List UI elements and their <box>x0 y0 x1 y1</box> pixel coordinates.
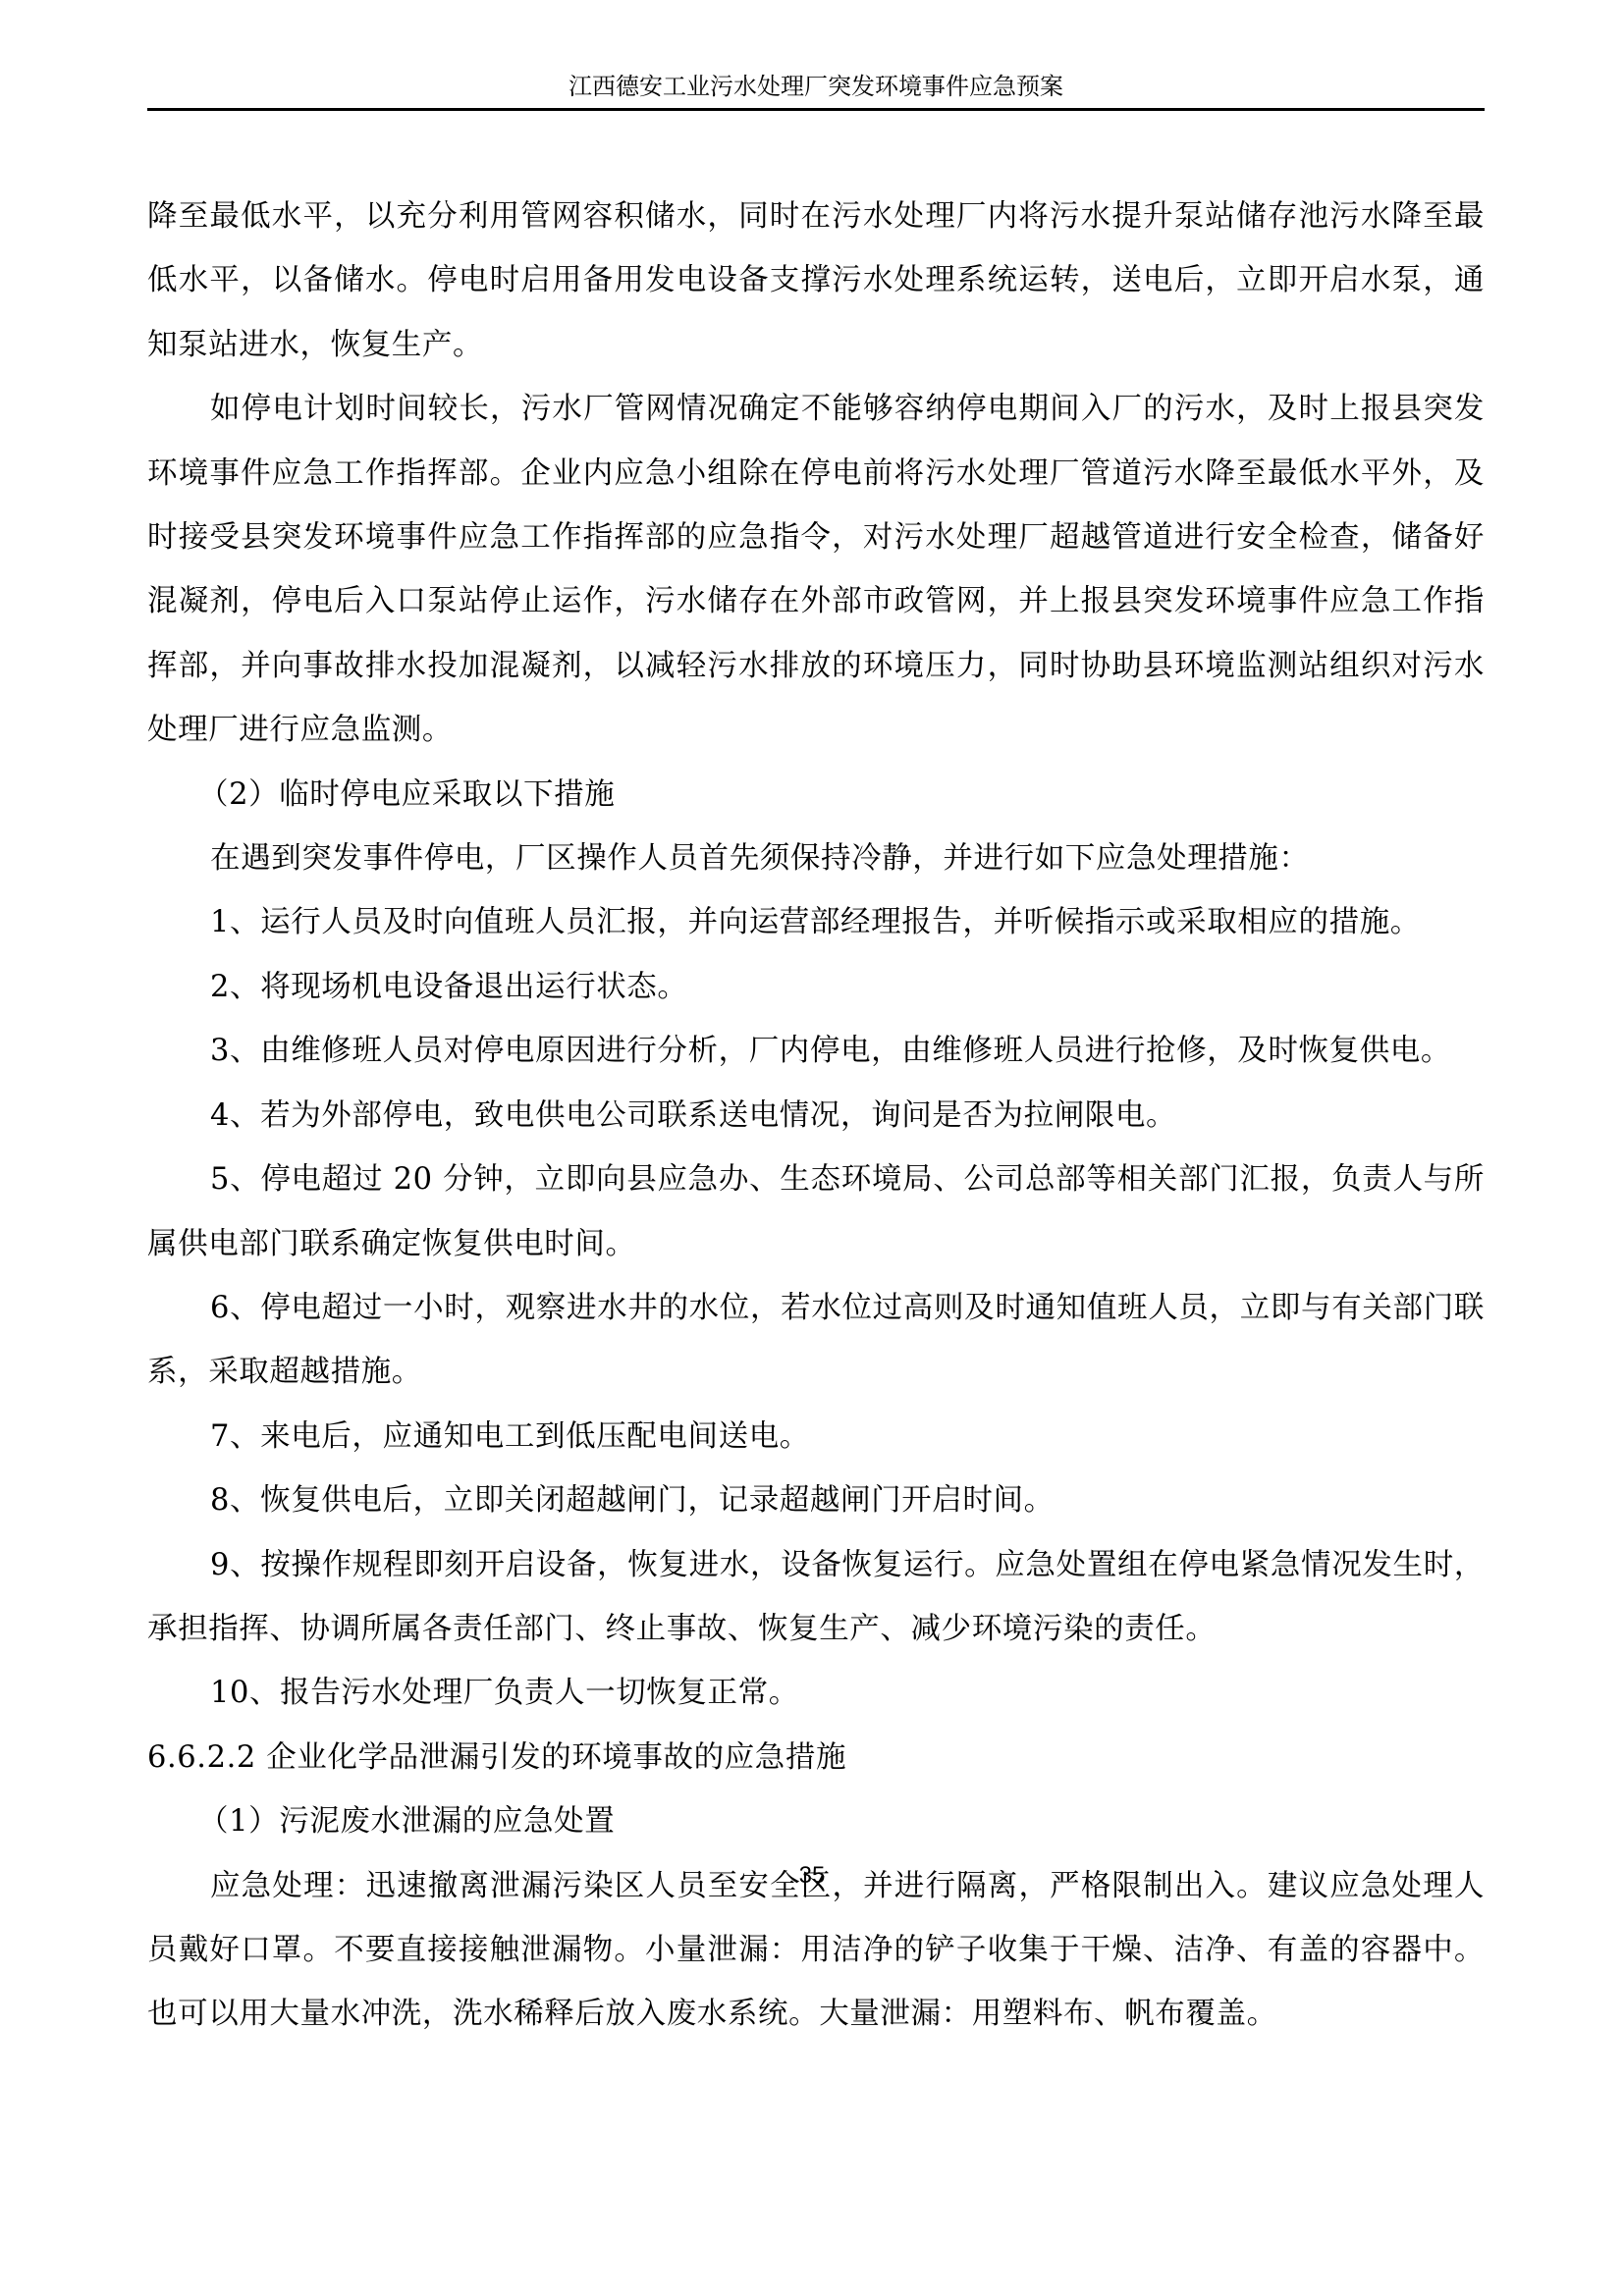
list-item-3: 3、由维修班人员对停电原因进行分析，厂内停电，由维修班人员进行抢修，及时恢复供电… <box>147 1019 1485 1083</box>
list-item-6: 6、停电超过一小时，观察进水井的水位，若水位过高则及时通知值班人员，立即与有关部… <box>147 1276 1485 1405</box>
list-item-8: 8、恢复供电后，立即关闭超越闸门，记录超越闸门开启时间。 <box>147 1468 1485 1532</box>
list-item-10: 10、报告污水处理厂负责人一切恢复正常。 <box>147 1661 1485 1725</box>
paragraph-continuation: 降至最低水平，以充分利用管网容积储水，同时在污水处理厂内将污水提升泵站储存池污水… <box>147 185 1485 377</box>
running-header: 江西德安工业污水处理厂突发环境事件应急预案 <box>147 71 1485 102</box>
subheading-sludge-leak: （1）污泥废水泄漏的应急处置 <box>147 1789 1485 1853</box>
list-item-5: 5、停电超过 20 分钟，立即向县应急办、生态环境局、公司总部等相关部门汇报，负… <box>147 1148 1485 1276</box>
paragraph-long-outage: 如停电计划时间较长，污水厂管网情况确定不能够容纳停电期间入厂的污水，及时上报县突… <box>147 377 1485 762</box>
list-item-1: 1、运行人员及时向值班人员汇报，并向运营部经理报告，并听候指示或采取相应的措施。 <box>147 890 1485 954</box>
list-item-9: 9、按操作规程即刻开启设备，恢复进水，设备恢复运行。应急处置组在停电紧急情况发生… <box>147 1533 1485 1662</box>
section-heading-6-6-2-2: 6.6.2.2 企业化学品泄漏引发的环境事故的应急措施 <box>147 1726 1485 1789</box>
list-item-2: 2、将现场机电设备退出运行状态。 <box>147 955 1485 1019</box>
paragraph-intro-measures: 在遇到突发事件停电，厂区操作人员首先须保持冷静，并进行如下应急处理措施： <box>147 827 1485 890</box>
list-item-7: 7、来电后，应通知电工到低压配电间送电。 <box>147 1405 1485 1468</box>
list-item-4: 4、若为外部停电，致电供电公司联系送电情况，询问是否为拉闸限电。 <box>147 1084 1485 1148</box>
subheading-temporary-outage: （2）临时停电应采取以下措施 <box>147 763 1485 827</box>
page-number: 35 <box>0 1861 1624 1891</box>
header-divider <box>147 108 1485 111</box>
document-body: 降至最低水平，以充分利用管网容积储水，同时在污水处理厂内将污水提升泵站储存池污水… <box>147 185 1485 2047</box>
